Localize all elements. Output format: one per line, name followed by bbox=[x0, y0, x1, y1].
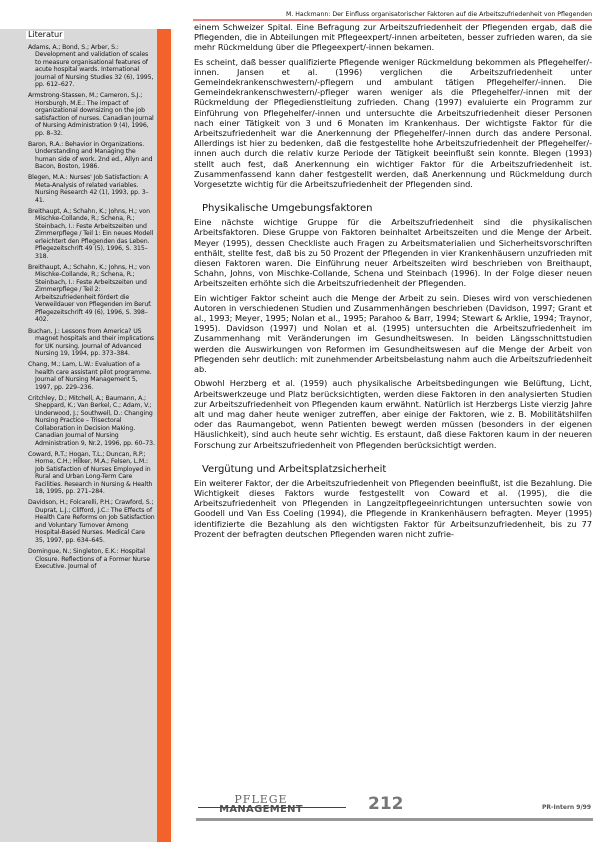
paragraph: Obwohl Herzberg et al. (1959) auch physi… bbox=[194, 378, 592, 449]
running-head: M. Hackmann: Der Einfluss organisatorisc… bbox=[193, 11, 592, 21]
page-number: 212 bbox=[368, 794, 404, 814]
reference-item: Davidson, H.; Folcarelli, P.H.; Crawford… bbox=[28, 499, 156, 544]
reference-item: Coward, R.T.; Hogan, T.L.; Duncan, R.P.;… bbox=[28, 451, 156, 496]
paragraph: Ein weiterer Faktor, der die Arbeitszufr… bbox=[194, 478, 592, 539]
paragraph: Ein wichtiger Faktor scheint auch die Me… bbox=[194, 293, 592, 375]
reference-item: Chang, M.; Lam, L.W.: Evaluation of a he… bbox=[28, 361, 156, 391]
section-heading: Physikalische Umgebungsfaktoren bbox=[202, 203, 592, 215]
reference-item: Armstrong-Stassen, M.; Cameron, S.J.; Ho… bbox=[28, 92, 156, 137]
reference-item: Baron, R.A.: Behavior in Organizations. … bbox=[28, 141, 156, 171]
accent-bar bbox=[157, 29, 171, 842]
references-heading: Literatur bbox=[26, 31, 64, 39]
reference-item: Adams, A.; Bond, S.; Arber, S.: Developm… bbox=[28, 44, 156, 89]
reference-item: Domingue, N.; Singleton, E.K.: Hospital … bbox=[28, 548, 156, 571]
main-text: einem Schweizer Spital. Eine Befragung z… bbox=[194, 22, 592, 543]
journal-logo: PFLEGE MANAGEMENT bbox=[206, 795, 316, 815]
issue-label: PR-Intern 9/99 bbox=[542, 804, 591, 811]
paragraph: einem Schweizer Spital. Eine Befragung z… bbox=[194, 22, 592, 53]
reference-item: Buchan, J.: Lessons from America? US mag… bbox=[28, 328, 156, 358]
accent-strip bbox=[171, 29, 174, 842]
reference-item: Blegen, M.A.: Nurses' Job Satisfaction: … bbox=[28, 174, 156, 204]
paragraph: Eine nächste wichtige Gruppe für die Arb… bbox=[194, 217, 592, 288]
logo-rule bbox=[198, 807, 346, 808]
reference-item: Breithaupt, A.; Schahn, K.; Johns, H.; v… bbox=[28, 208, 156, 261]
reference-item: Breithaupt, A.; Schahn, K.; Johns, H.; v… bbox=[28, 264, 156, 324]
page-footer: PFLEGE MANAGEMENT 212 PR-Intern 9/99 bbox=[196, 792, 593, 822]
references-list: Literatur Adams, A.; Bond, S.; Arber, S.… bbox=[28, 31, 156, 574]
section-heading: Vergütung und Arbeitsplatzsicherheit bbox=[202, 464, 592, 476]
reference-item: Critchley, D.; Mitchell, A.; Baumann, A.… bbox=[28, 395, 156, 448]
paragraph: Es scheint, daß besser qualifizierte Pfl… bbox=[194, 57, 592, 190]
footer-divider bbox=[196, 818, 593, 821]
